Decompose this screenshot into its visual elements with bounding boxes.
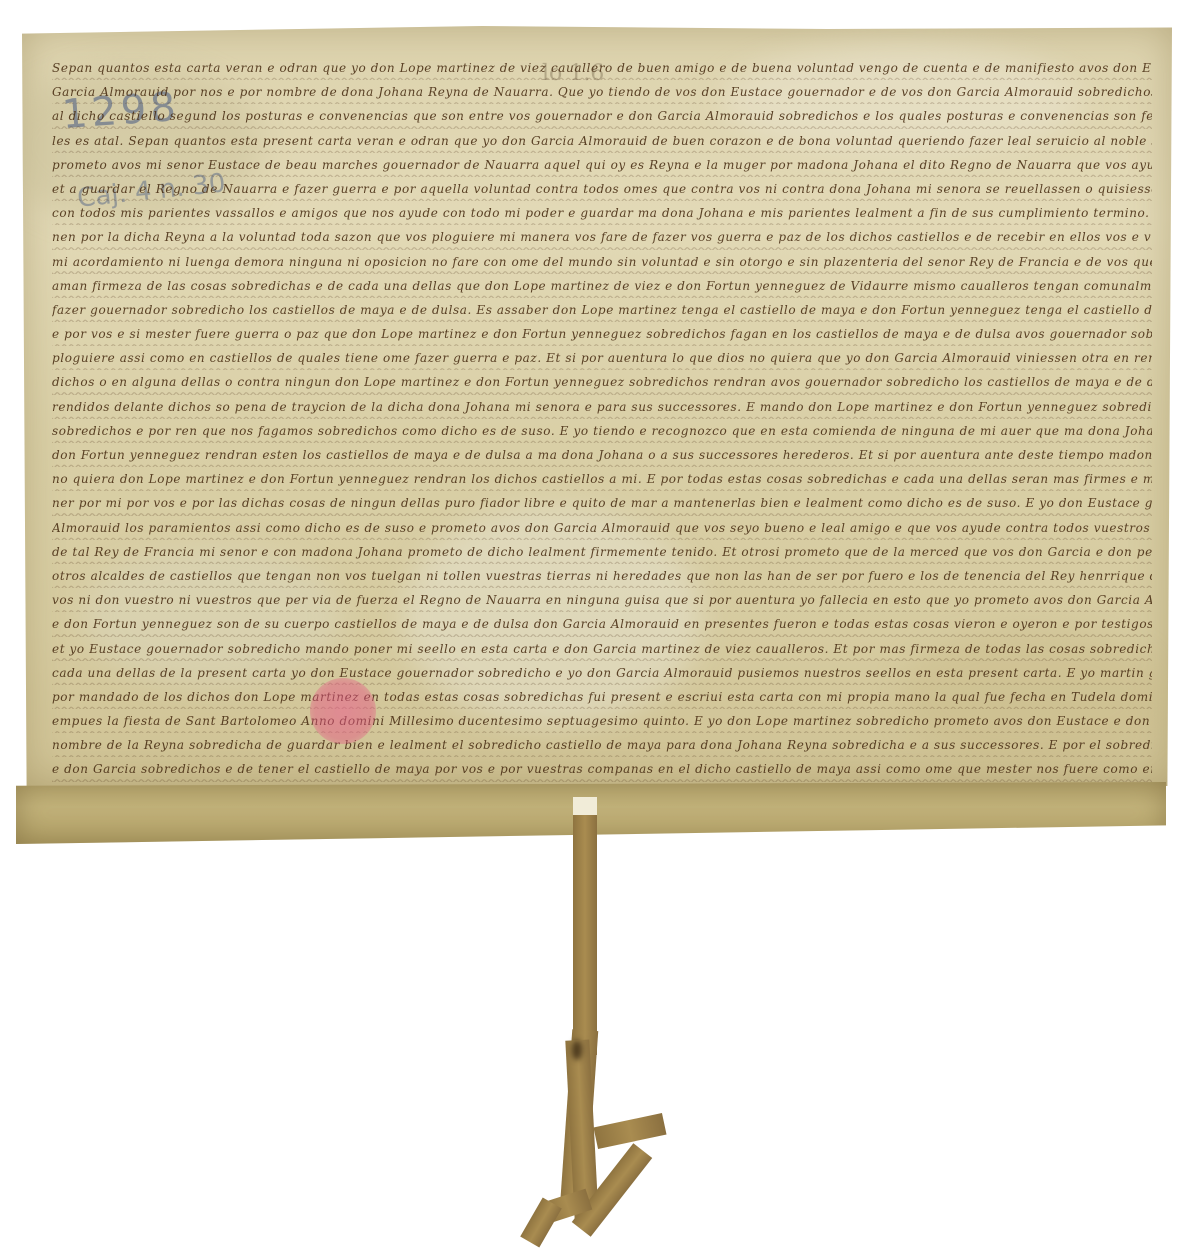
text-line: fazer gouernador sobredicho los castiell… <box>52 298 1152 322</box>
text-line: ner por mi por vos e por las dichas cosa… <box>52 491 1152 515</box>
seal-tag-strip <box>573 815 597 1055</box>
text-line: cada una dellas de la present carta yo d… <box>52 661 1152 685</box>
seal-slit <box>573 797 597 815</box>
text-line: e don Garcia sobredichos e de tener el c… <box>52 757 1152 781</box>
text-line: et yo Eustace gouernador sobredicho mand… <box>52 637 1152 661</box>
text-line: aman firmeza de las cosas sobredichas e … <box>52 274 1152 298</box>
text-line: les es atal. Sepan quantos esta present … <box>52 129 1152 153</box>
text-line: otros alcaldes de castiellos que tengan … <box>52 564 1152 588</box>
text-line: sobredichos e por ren que nos fagamos so… <box>52 419 1152 443</box>
text-line: rendidos delante dichos so pena de trayc… <box>52 395 1152 419</box>
text-line: mi acordamiento ni luenga demora ninguna… <box>52 250 1152 274</box>
text-line: e don Fortun yenneguez son de su cuerpo … <box>52 612 1152 636</box>
text-line: vos ni don vuestro ni vuestros que per v… <box>52 588 1152 612</box>
text-line: no quiera don Lope martinez e don Fortun… <box>52 467 1152 491</box>
parchment-sheet: lo 1.6 1298 Caj. 4 n. 30 Sepan quantos e… <box>22 26 1172 786</box>
text-line: por mandado de los dichos don Lope marti… <box>52 685 1152 709</box>
ink-stain <box>572 1040 582 1060</box>
text-line: Almorauid los paramientos assi como dich… <box>52 516 1152 540</box>
text-line: Garcia Almorauid por nos e por nombre de… <box>52 80 1152 104</box>
seal-tag-fold <box>593 1113 666 1149</box>
text-line: de tal Rey de Francia mi senor e con mad… <box>52 540 1152 564</box>
text-line: ploguiere assi como en castiellos de qua… <box>52 346 1152 370</box>
text-line: dichos o en alguna dellas o contra ningu… <box>52 370 1152 394</box>
red-ownership-stamp <box>310 678 376 744</box>
text-line: e por vos e si mester fuere guerra o paz… <box>52 322 1152 346</box>
text-line: al dicho castiello segund los posturas e… <box>52 104 1152 128</box>
text-line: nombre de la Reyna sobredicha de guardar… <box>52 733 1152 757</box>
text-line: nen por la dicha Reyna a la voluntad tod… <box>52 225 1152 249</box>
seal-tag-end <box>520 1198 562 1248</box>
text-line: empues la fiesta de Sant Bartolomeo Anno… <box>52 709 1152 733</box>
text-line: con todos mis parientes vassallos e amig… <box>52 201 1152 225</box>
document-caption: medieval charter on parchment <box>0 0 1 1</box>
text-line: et a guardar el Regno de Nauarra e fazer… <box>52 177 1152 201</box>
text-line: don Fortun yenneguez rendran esten los c… <box>52 443 1152 467</box>
text-line: Sepan quantos esta carta veran e odran q… <box>52 56 1152 80</box>
text-line: prometo avos mi senor Eustace de beau ma… <box>52 153 1152 177</box>
charter-text: Sepan quantos esta carta veran e odran q… <box>52 56 1152 806</box>
